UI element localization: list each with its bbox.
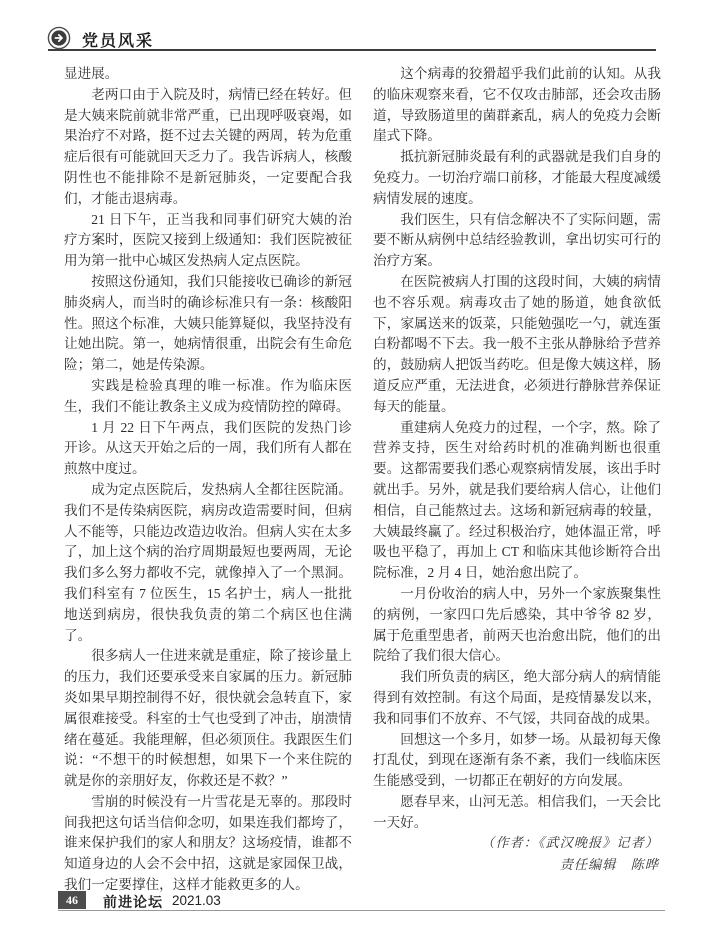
- issue-date: 2021.03: [172, 893, 221, 908]
- paragraph: 实践是检验真理的唯一标准。作为临床医生，我们不能让教条主义成为疫情防控的障碍。: [64, 376, 352, 418]
- paragraph: 抵抗新冠肺炎最有利的武器就是我们自身的免疫力。一切治疗端口前移，才能最大程度减缓…: [373, 147, 661, 209]
- paragraph: 一月份收治的病人中，另外一个家族聚集性的病例，一家四口先后感染，其中爷爷 82 …: [373, 584, 661, 667]
- left-column: 显进展。 老两口由于入院及时，病情已经在转好。但是大姨来院前就非常严重，已出现呼…: [64, 64, 352, 896]
- journal-name: 前进论坛: [103, 892, 163, 912]
- magazine-page: 党员风采 显进展。 老两口由于入院及时，病情已经在转好。但是大姨来院前就非常严重…: [0, 0, 725, 940]
- section-title: 党员风采: [82, 28, 154, 51]
- paragraph: 我们医生，只有信念解决不了实际问题，需要不断从病例中总结经验教训，拿出切实可行的…: [373, 210, 661, 272]
- paragraph: 我们所负责的病区，绝大部分病人的病情能得到有效控制。有这个局面，是疫情暴发以来，…: [373, 667, 661, 729]
- paragraph: 回想这一个多月，如梦一场。从最初每天像打乱仗，到现在逐渐有条不紊，我们一线临床医…: [373, 730, 661, 792]
- right-column: 这个病毒的狡猾超乎我们此前的认知。从我的临床观察来看，它不仅攻击肺部，还会攻击肠…: [373, 64, 661, 896]
- article-body: 显进展。 老两口由于入院及时，病情已经在转好。但是大姨来院前就非常严重，已出现呼…: [64, 64, 661, 896]
- paragraph: 显进展。: [64, 64, 352, 85]
- footer-rule: [58, 910, 665, 911]
- page-number: 46: [58, 891, 86, 909]
- paragraph: 成为定点医院后，发热病人全都往医院涌。我们不是传染病医院，病房改造需要时间，但病…: [64, 480, 352, 646]
- author-note: （作者：《武汉晚报》记者）: [373, 834, 661, 855]
- paragraph: 1 月 22 日下午两点，我们医院的发热门诊开诊。从这天开始之后的一周，我们所有…: [64, 418, 352, 480]
- paragraph: 这个病毒的狡猾超乎我们此前的认知。从我的临床观察来看，它不仅攻击肺部，还会攻击肠…: [373, 64, 661, 147]
- paragraph: 21 日下午，正当我和同事们研究大姨的治疗方案时，医院又接到上级通知：我们医院被…: [64, 210, 352, 272]
- header-rule: [48, 49, 656, 51]
- paragraph: 愿春早来，山河无恙。相信我们，一天会比一天好。: [373, 792, 661, 834]
- arrow-right-circle-icon: [47, 26, 71, 50]
- paragraph: 雪崩的时候没有一片雪花是无辜的。那段时间我把这句话当信仰念叨，如果连我们都垮了，…: [64, 792, 352, 896]
- editor-note: 责任编辑 陈晔: [373, 856, 661, 877]
- paragraph: 老两口由于入院及时，病情已经在转好。但是大姨来院前就非常严重，已出现呼吸衰竭，如…: [64, 85, 352, 210]
- paragraph: 在医院被病人打围的这段时间，大姨的病情也不容乐观。病毒攻击了她的肠道，她食欲低下…: [373, 272, 661, 418]
- paragraph: 按照这份通知，我们只能接收已确诊的新冠肺炎病人，而当时的确诊标准只有一条：核酸阳…: [64, 272, 352, 376]
- paragraph: 很多病人一住进来就是重症，除了接诊量上的压力，我们还要承受来自家属的压力。新冠肺…: [64, 646, 352, 792]
- paragraph: 重建病人免疫力的过程，一个字，熬。除了营养支持，医生对给药时机的准确判断也很重要…: [373, 418, 661, 584]
